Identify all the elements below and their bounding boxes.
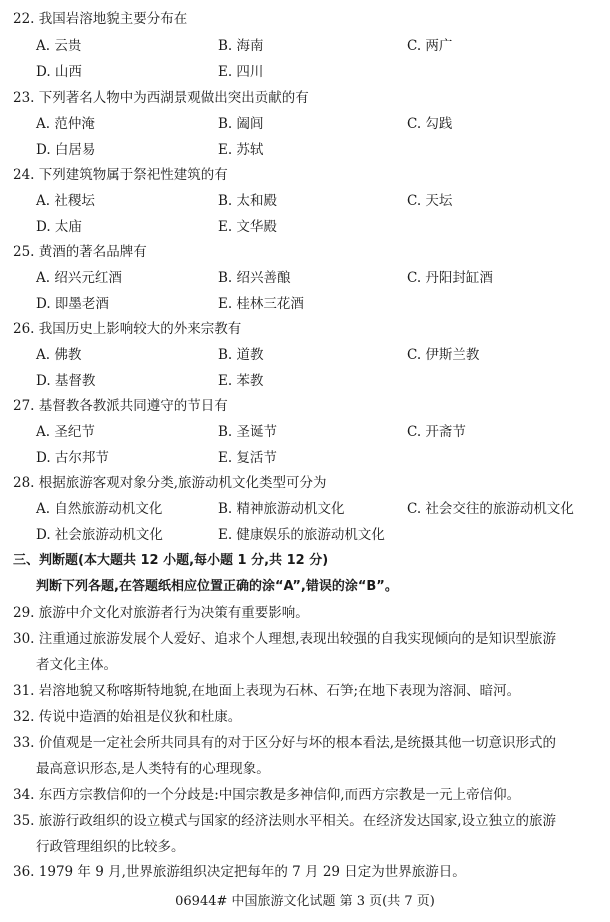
question-22-option-e: E. 四川 (218, 63, 263, 81)
question-26-option-a: A. 佛教 (36, 346, 81, 364)
question-23-option-c: C. 勾践 (407, 115, 452, 133)
question-22-option-d: D. 山西 (36, 63, 82, 81)
question-25-option-d: D. 即墨老酒 (36, 295, 109, 313)
question-28-stem: 28. 根据旅游客观对象分类,旅游动机文化类型可分为 (13, 474, 327, 492)
question-25-stem: 25. 黄酒的著名品牌有 (13, 243, 147, 261)
question-28-option-a: A. 自然旅游动机文化 (36, 500, 162, 518)
question-27-option-b: B. 圣诞节 (218, 423, 277, 441)
question-23-option-b: B. 阖闾 (218, 115, 264, 133)
question-24-option-d: D. 太庙 (36, 218, 82, 236)
section-3-instruction: 判断下列各题,在答题纸相应位置正确的涂“A”,错误的涂“B”。 (36, 578, 398, 596)
question-28-option-b: B. 精神旅游动机文化 (218, 500, 345, 518)
question-33-line-2: 最高意识形态,是人类特有的心理现象。 (36, 760, 270, 778)
question-25-option-b: B. 绍兴善酿 (218, 269, 291, 287)
question-29: 29. 旅游中介文化对旅游者行为决策有重要影响。 (13, 604, 309, 622)
question-22-option-b: B. 海南 (218, 37, 264, 55)
section-3-heading: 三、判断题(本大题共 12 小题,每小题 1 分,共 12 分) (13, 552, 328, 570)
question-27-stem: 27. 基督教各教派共同遵守的节日有 (13, 397, 228, 415)
question-27-option-d: D. 古尔邦节 (36, 449, 109, 467)
question-35-line-1: 35. 旅游行政组织的设立模式与国家的经济法则水平相关。在经济发达国家,设立独立… (13, 812, 556, 830)
question-27-option-c: C. 开斋节 (407, 423, 466, 441)
exam-page: 22. 我国岩溶地貌主要分布在 A. 云贵 B. 海南 C. 两广 D. 山西 … (0, 0, 610, 922)
question-26-option-d: D. 基督教 (36, 372, 95, 390)
question-35-line-2: 行政管理组织的比较多。 (36, 838, 185, 856)
question-36: 36. 1979 年 9 月,世界旅游组织决定把每年的 7 月 29 日定为世界… (13, 863, 466, 881)
question-24-option-e: E. 文华殿 (218, 218, 277, 236)
question-28-option-d: D. 社会旅游动机文化 (36, 526, 163, 544)
question-28-option-c: C. 社会交往的旅游动机文化 (407, 500, 574, 518)
question-23-option-e: E. 苏轼 (218, 141, 263, 159)
question-25-option-a: A. 绍兴元红酒 (36, 269, 122, 287)
question-32: 32. 传说中造酒的始祖是仪狄和杜康。 (13, 708, 241, 726)
question-22-option-c: C. 两广 (407, 37, 452, 55)
question-28-option-e: E. 健康娱乐的旅游动机文化 (218, 526, 385, 544)
question-26-option-e: E. 苯教 (218, 372, 263, 390)
question-22-option-a: A. 云贵 (36, 37, 81, 55)
question-30-line-2: 者文化主体。 (36, 656, 117, 674)
question-24-option-a: A. 社稷坛 (36, 192, 95, 210)
question-24-option-c: C. 天坛 (407, 192, 452, 210)
question-23-stem: 23. 下列著名人物中为西湖景观做出突出贡献的有 (13, 89, 309, 107)
question-30-line-1: 30. 注重通过旅游发展个人爱好、追求个人理想,表现出较强的自我实现倾向的是知识… (13, 630, 556, 648)
question-25-option-c: C. 丹阳封缸酒 (407, 269, 493, 287)
question-31: 31. 岩溶地貌又称喀斯特地貌,在地面上表现为石林、石笋;在地下表现为溶洞、暗河… (13, 682, 520, 700)
question-33-line-1: 33. 价值观是一定社会所共同具有的对于区分好与坏的根本看法,是统摄其他一切意识… (13, 734, 556, 752)
question-23-option-a: A. 范仲淹 (36, 115, 95, 133)
question-26-option-c: C. 伊斯兰教 (407, 346, 479, 364)
question-22-stem: 22. 我国岩溶地貌主要分布在 (13, 10, 187, 28)
page-footer: 06944# 中国旅游文化试题 第 3 页(共 7 页) (0, 893, 610, 911)
question-24-stem: 24. 下列建筑物属于祭祀性建筑的有 (13, 166, 228, 184)
question-27-option-e: E. 复活节 (218, 449, 277, 467)
question-23-option-d: D. 白居易 (36, 141, 95, 159)
question-34: 34. 东西方宗教信仰的一个分歧是:中国宗教是多神信仰,而西方宗教是一元上帝信仰… (13, 786, 520, 804)
question-25-option-e: E. 桂林三花酒 (218, 295, 304, 313)
question-24-option-b: B. 太和殿 (218, 192, 277, 210)
question-27-option-a: A. 圣纪节 (36, 423, 95, 441)
question-26-stem: 26. 我国历史上影响较大的外来宗教有 (13, 320, 241, 338)
question-26-option-b: B. 道教 (218, 346, 264, 364)
